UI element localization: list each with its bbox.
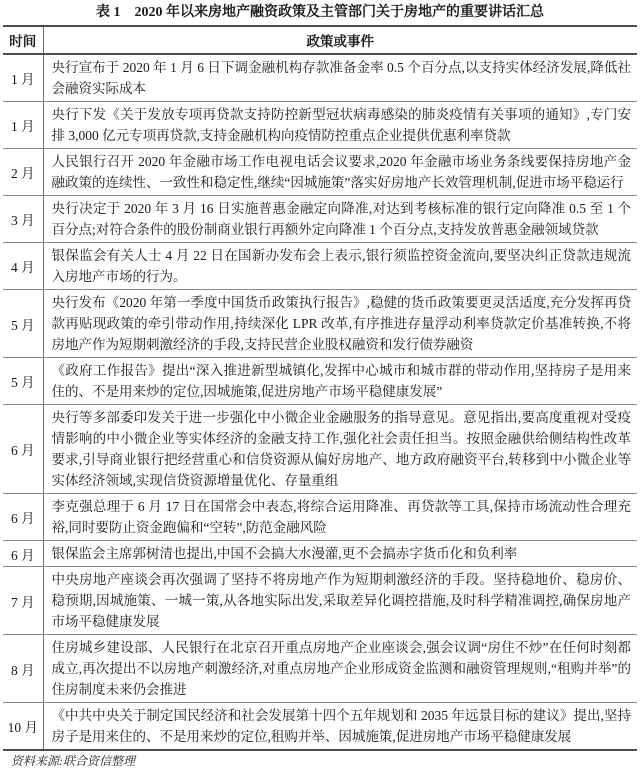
event-cell: 央行等多部委印发关于进一步强化中小微企业金融服务的指导意见。意见指出,要高度重视…: [43, 405, 637, 494]
month-cell: 7 月: [3, 567, 43, 635]
event-cell: 人民银行召开 2020 年金融市场工作电视电话会议要求,2020 年金融市场业务…: [43, 149, 637, 196]
event-cell: 住房城乡建设部、人民银行在北京召开重点房地产企业座谈会,强会议调“房住不炒”在任…: [43, 635, 637, 703]
table-header-row: 时间 政策或事件: [3, 26, 637, 54]
event-cell: 李克强总理于 6 月 17 日在国常会中表态,将综合运用降准、再贷款等工具,保持…: [43, 494, 637, 541]
month-cell: 6 月: [3, 541, 43, 567]
month-cell: 10 月: [3, 703, 43, 751]
month-cell: 8 月: [3, 635, 43, 703]
table-row: 8 月 住房城乡建设部、人民银行在北京召开重点房地产企业座谈会,强会议调“房住不…: [3, 635, 637, 703]
month-cell: 6 月: [3, 494, 43, 541]
month-cell: 5 月: [3, 290, 43, 358]
event-cell: 《中共中央关于制定国民经济和社会发展第十四个五年规划和 2035 年远景目标的建…: [43, 703, 637, 751]
table-row: 10 月 《中共中央关于制定国民经济和社会发展第十四个五年规划和 2035 年远…: [3, 703, 637, 751]
table-row: 5 月 央行发布《2020 年第一季度中国货币政策执行报告》,稳健的货币政策要更…: [3, 290, 637, 358]
event-cell: 中央房地产座谈会再次强调了坚持不将房地产作为短期刺激经济的手段。坚持稳地价、稳房…: [43, 567, 637, 635]
month-cell: 6 月: [3, 405, 43, 494]
month-cell: 4 月: [3, 243, 43, 290]
event-cell: 银保监会主席郭树清也提出,中国不会搞大水漫灌,更不会搞赤字货币化和负利率: [43, 541, 637, 567]
table-row: 3 月 央行决定于 2020 年 3 月 16 日实施普惠金融定向降准,对达到考…: [3, 196, 637, 243]
table-row: 4 月 银保监会有关人士 4 月 22 日在国新办发布会上表示,银行须监控资金流…: [3, 243, 637, 290]
month-cell: 5 月: [3, 358, 43, 405]
column-header-time: 时间: [3, 26, 43, 54]
document-page: 表 1 2020 年以来房地产融资政策及主管部门关于房地产的重要讲话汇总 时间 …: [0, 0, 640, 771]
table-row: 1 月 央行宣布于 2020 年 1 月 6 日下调金融机构存款准备金率 0.5…: [3, 54, 637, 102]
event-cell: 央行决定于 2020 年 3 月 16 日实施普惠金融定向降准,对达到考核标准的…: [43, 196, 637, 243]
month-cell: 1 月: [3, 102, 43, 149]
table-row: 1 月 央行下发《关于发放专项再贷款支持防控新型冠状病毒感染的肺炎疫情有关事项的…: [3, 102, 637, 149]
event-cell: 央行下发《关于发放专项再贷款支持防控新型冠状病毒感染的肺炎疫情有关事项的通知》,…: [43, 102, 637, 149]
table-row: 6 月 李克强总理于 6 月 17 日在国常会中表态,将综合运用降准、再贷款等工…: [3, 494, 637, 541]
event-cell: 央行宣布于 2020 年 1 月 6 日下调金融机构存款准备金率 0.5 个百分…: [43, 54, 637, 102]
table-row: 7 月 中央房地产座谈会再次强调了坚持不将房地产作为短期刺激经济的手段。坚持稳地…: [3, 567, 637, 635]
table-row: 5 月 《政府工作报告》提出“深入推进新型城镇化,发挥中心城市和城市群的带动作用…: [3, 358, 637, 405]
table-row: 6 月 央行等多部委印发关于进一步强化中小微企业金融服务的指导意见。意见指出,要…: [3, 405, 637, 494]
month-cell: 2 月: [3, 149, 43, 196]
table-row: 6 月 银保监会主席郭树清也提出,中国不会搞大水漫灌,更不会搞赤字货币化和负利率: [3, 541, 637, 567]
table-title: 表 1 2020 年以来房地产融资政策及主管部门关于房地产的重要讲话汇总: [3, 2, 637, 25]
source-note: 资料来源:联合资信整理: [3, 751, 637, 771]
column-header-policy: 政策或事件: [43, 26, 637, 54]
table-row: 2 月 人民银行召开 2020 年金融市场工作电视电话会议要求,2020 年金融…: [3, 149, 637, 196]
month-cell: 1 月: [3, 54, 43, 102]
event-cell: 《政府工作报告》提出“深入推进新型城镇化,发挥中心城市和城市群的带动作用,坚持房…: [43, 358, 637, 405]
month-cell: 3 月: [3, 196, 43, 243]
policy-summary-table: 时间 政策或事件 1 月 央行宣布于 2020 年 1 月 6 日下调金融机构存…: [3, 25, 637, 751]
event-cell: 央行发布《2020 年第一季度中国货币政策执行报告》,稳健的货币政策要更灵活适度…: [43, 290, 637, 358]
event-cell: 银保监会有关人士 4 月 22 日在国新办发布会上表示,银行须监控资金流向,要坚…: [43, 243, 637, 290]
